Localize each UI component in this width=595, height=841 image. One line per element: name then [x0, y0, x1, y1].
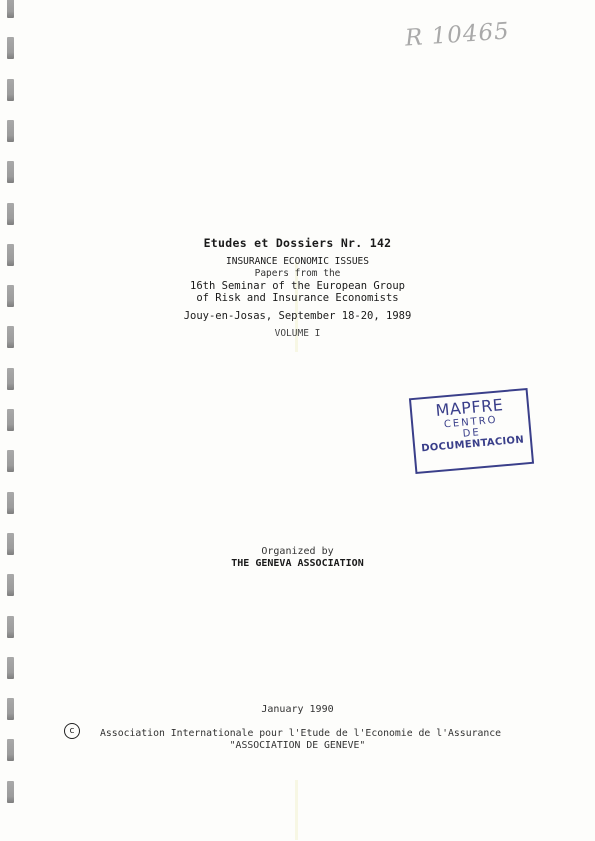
seminar-line-2: of Risk and Insurance Economists [0, 292, 595, 304]
binding-hole [7, 203, 14, 225]
subject-title: INSURANCE ECONOMIC ISSUES [0, 256, 595, 267]
document-page: R 10465 Etudes et Dossiers Nr. 142 INSUR… [0, 0, 595, 841]
paper-crease [295, 780, 298, 840]
binding-hole [7, 0, 14, 18]
papers-from: Papers from the [0, 268, 595, 279]
library-stamp: MAPFRE CENTRO DE DOCUMENTACION [409, 388, 534, 474]
copyright-icon: c [64, 723, 80, 739]
organizer-name: THE GENEVA ASSOCIATION [0, 558, 595, 569]
binding-hole [7, 120, 14, 142]
binding-hole [7, 616, 14, 638]
association-line-1: Association Internationale pour l'Etude … [100, 728, 501, 739]
binding-hole [7, 79, 14, 101]
volume-label: VOLUME I [0, 328, 595, 339]
binding-hole [7, 492, 14, 514]
binding-hole [7, 37, 14, 59]
binding-hole [7, 409, 14, 431]
location-date: Jouy-en-Josas, September 18-20, 1989 [0, 310, 595, 322]
organized-by-label: Organized by [0, 546, 595, 557]
binding-hole [7, 657, 14, 679]
seminar-line-1: 16th Seminar of the European Group [0, 280, 595, 292]
series-title: Etudes et Dossiers Nr. 142 [0, 236, 595, 250]
binding-hole [7, 161, 14, 183]
binding-hole [7, 574, 14, 596]
binding-hole [7, 450, 14, 472]
publication-date: January 1990 [0, 704, 595, 715]
handwritten-reference: R 10465 [404, 18, 510, 51]
binding-hole [7, 781, 14, 803]
association-line-2: "ASSOCIATION DE GENEVE" [0, 740, 595, 751]
binding-hole [7, 368, 14, 390]
